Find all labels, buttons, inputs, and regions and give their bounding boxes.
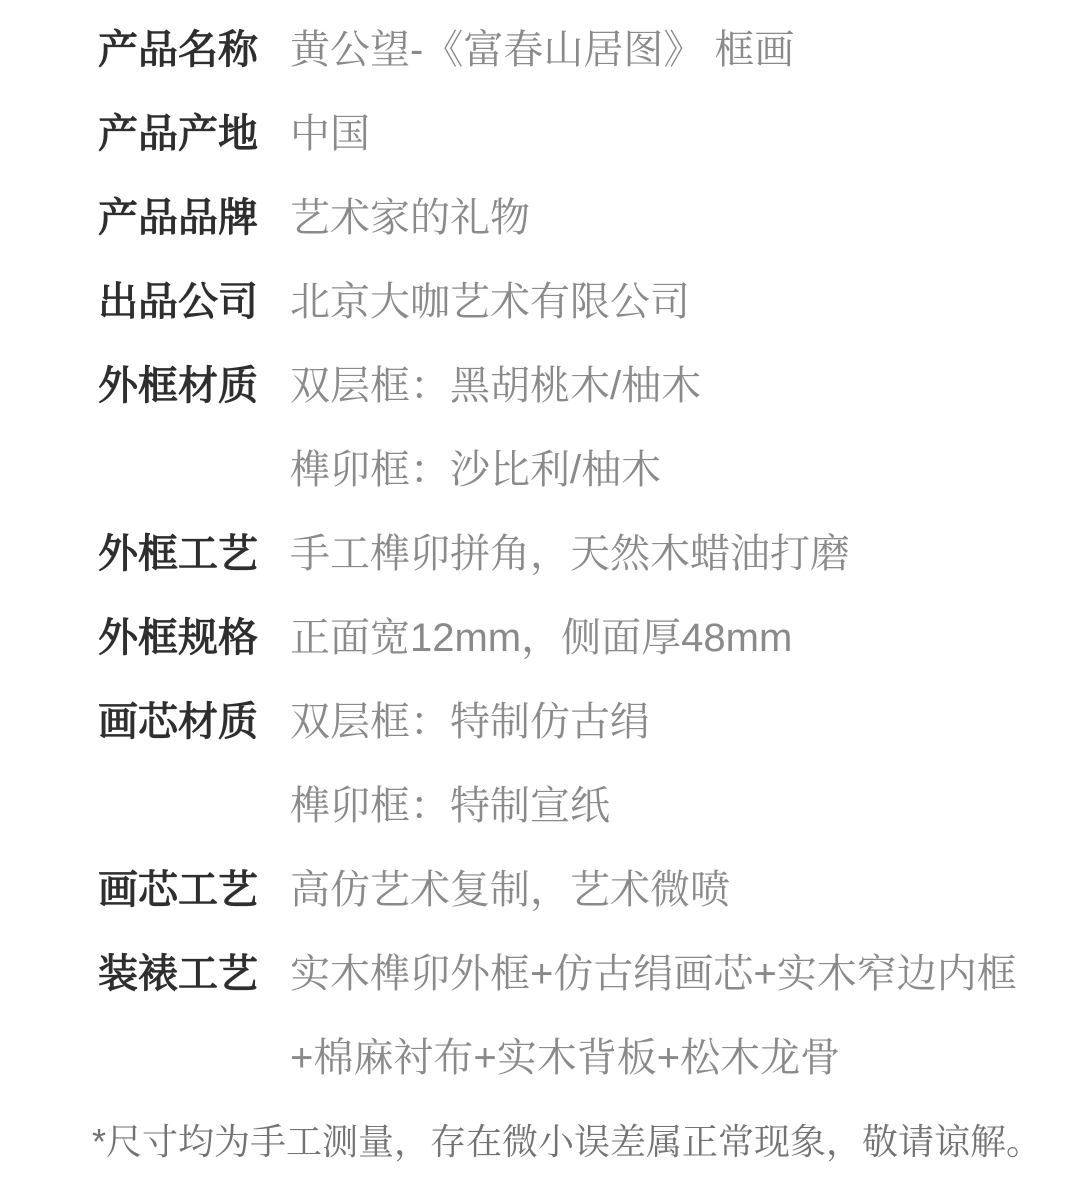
spec-label: 画芯材质 — [98, 680, 290, 764]
spec-value: 艺术家的礼物 — [290, 176, 1080, 260]
spec-value-line: 北京大咖艺术有限公司 — [290, 260, 1080, 344]
spec-row: 画芯材质 双层框：特制仿古绢榫卯框：特制宣纸 — [98, 680, 1080, 848]
spec-label: 外框材质 — [98, 344, 290, 428]
spec-value-line: 手工榫卯拼角，天然木蜡油打磨 — [290, 512, 1080, 596]
product-spec-page: 产品名称 黄公望-《富春山居图》 框画 产品产地 中国 产品品牌 艺术家的礼物 … — [0, 0, 1080, 1184]
spec-value-line: 实木榫卯外框+仿古绢画芯+实木窄边内框 — [290, 932, 1080, 1016]
spec-value: 实木榫卯外框+仿古绢画芯+实木窄边内框+棉麻衬布+实木背板+松木龙骨 — [290, 932, 1080, 1100]
spec-label: 产品名称 — [98, 8, 290, 92]
spec-value-line: 榫卯框：沙比利/柚木 — [290, 428, 1080, 512]
spec-label: 画芯工艺 — [98, 848, 290, 932]
spec-row: 外框规格 正面宽12mm，侧面厚48mm — [98, 596, 1080, 680]
measurement-disclaimer: *尺寸均为手工测量，存在微小误差属正常现象，敬请谅解。 — [92, 1100, 1080, 1184]
spec-value-line: 双层框：特制仿古绢 — [290, 680, 1080, 764]
spec-label: 外框工艺 — [98, 512, 290, 596]
spec-value-line: +棉麻衬布+实木背板+松木龙骨 — [290, 1016, 1080, 1100]
spec-value-line: 榫卯框：特制宣纸 — [290, 764, 1080, 848]
spec-value-line: 中国 — [290, 92, 1080, 176]
spec-label: 装裱工艺 — [98, 932, 290, 1016]
spec-value: 高仿艺术复制，艺术微喷 — [290, 848, 1080, 932]
spec-value-line: 双层框：黑胡桃木/柚木 — [290, 344, 1080, 428]
spec-row: 产品品牌 艺术家的礼物 — [98, 176, 1080, 260]
spec-label: 产品品牌 — [98, 176, 290, 260]
spec-value-line: 黄公望-《富春山居图》 框画 — [290, 8, 1080, 92]
spec-label: 外框规格 — [98, 596, 290, 680]
spec-row: 外框材质 双层框：黑胡桃木/柚木榫卯框：沙比利/柚木 — [98, 344, 1080, 512]
spec-value: 手工榫卯拼角，天然木蜡油打磨 — [290, 512, 1080, 596]
spec-value: 黄公望-《富春山居图》 框画 — [290, 8, 1080, 92]
spec-row: 产品产地 中国 — [98, 92, 1080, 176]
spec-value: 双层框：黑胡桃木/柚木榫卯框：沙比利/柚木 — [290, 344, 1080, 512]
spec-value: 北京大咖艺术有限公司 — [290, 260, 1080, 344]
spec-label: 产品产地 — [98, 92, 290, 176]
spec-label: 出品公司 — [98, 260, 290, 344]
spec-row: 画芯工艺 高仿艺术复制，艺术微喷 — [98, 848, 1080, 932]
spec-row: 外框工艺 手工榫卯拼角，天然木蜡油打磨 — [98, 512, 1080, 596]
spec-value: 中国 — [290, 92, 1080, 176]
spec-row: 产品名称 黄公望-《富春山居图》 框画 — [98, 8, 1080, 92]
spec-row: 出品公司 北京大咖艺术有限公司 — [98, 260, 1080, 344]
spec-value-line: 艺术家的礼物 — [290, 176, 1080, 260]
spec-value-line: 高仿艺术复制，艺术微喷 — [290, 848, 1080, 932]
spec-value: 正面宽12mm，侧面厚48mm — [290, 596, 1080, 680]
spec-row: 装裱工艺 实木榫卯外框+仿古绢画芯+实木窄边内框+棉麻衬布+实木背板+松木龙骨 — [98, 932, 1080, 1100]
spec-value-line: 正面宽12mm，侧面厚48mm — [290, 596, 1080, 680]
spec-value: 双层框：特制仿古绢榫卯框：特制宣纸 — [290, 680, 1080, 848]
spec-table: 产品名称 黄公望-《富春山居图》 框画 产品产地 中国 产品品牌 艺术家的礼物 … — [0, 0, 1080, 1100]
